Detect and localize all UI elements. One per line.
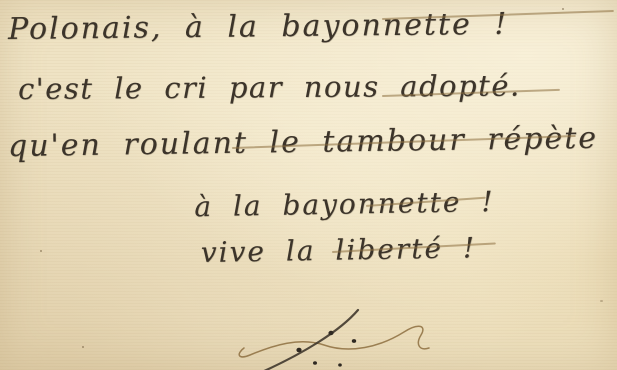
paraph-flourish-icon: [228, 306, 450, 370]
manuscript-line-2: c'est le cri par nous adopté.: [18, 68, 521, 106]
manuscript-line-3: qu'en roulant le tambour répète :: [8, 120, 617, 164]
manuscript-page: Polonais, à la bayonnette ! c'est le cri…: [0, 0, 617, 370]
paper-speck: [40, 250, 42, 252]
manuscript-line-4: à la bayonnette !: [36, 182, 617, 226]
paper-speck: [82, 346, 84, 348]
manuscript-line-1: Polonais, à la bayonnette !: [8, 7, 509, 47]
manuscript-line-5: vive la liberté !: [30, 228, 617, 272]
paper-speck: [562, 8, 564, 10]
paper-speck: [600, 300, 603, 302]
